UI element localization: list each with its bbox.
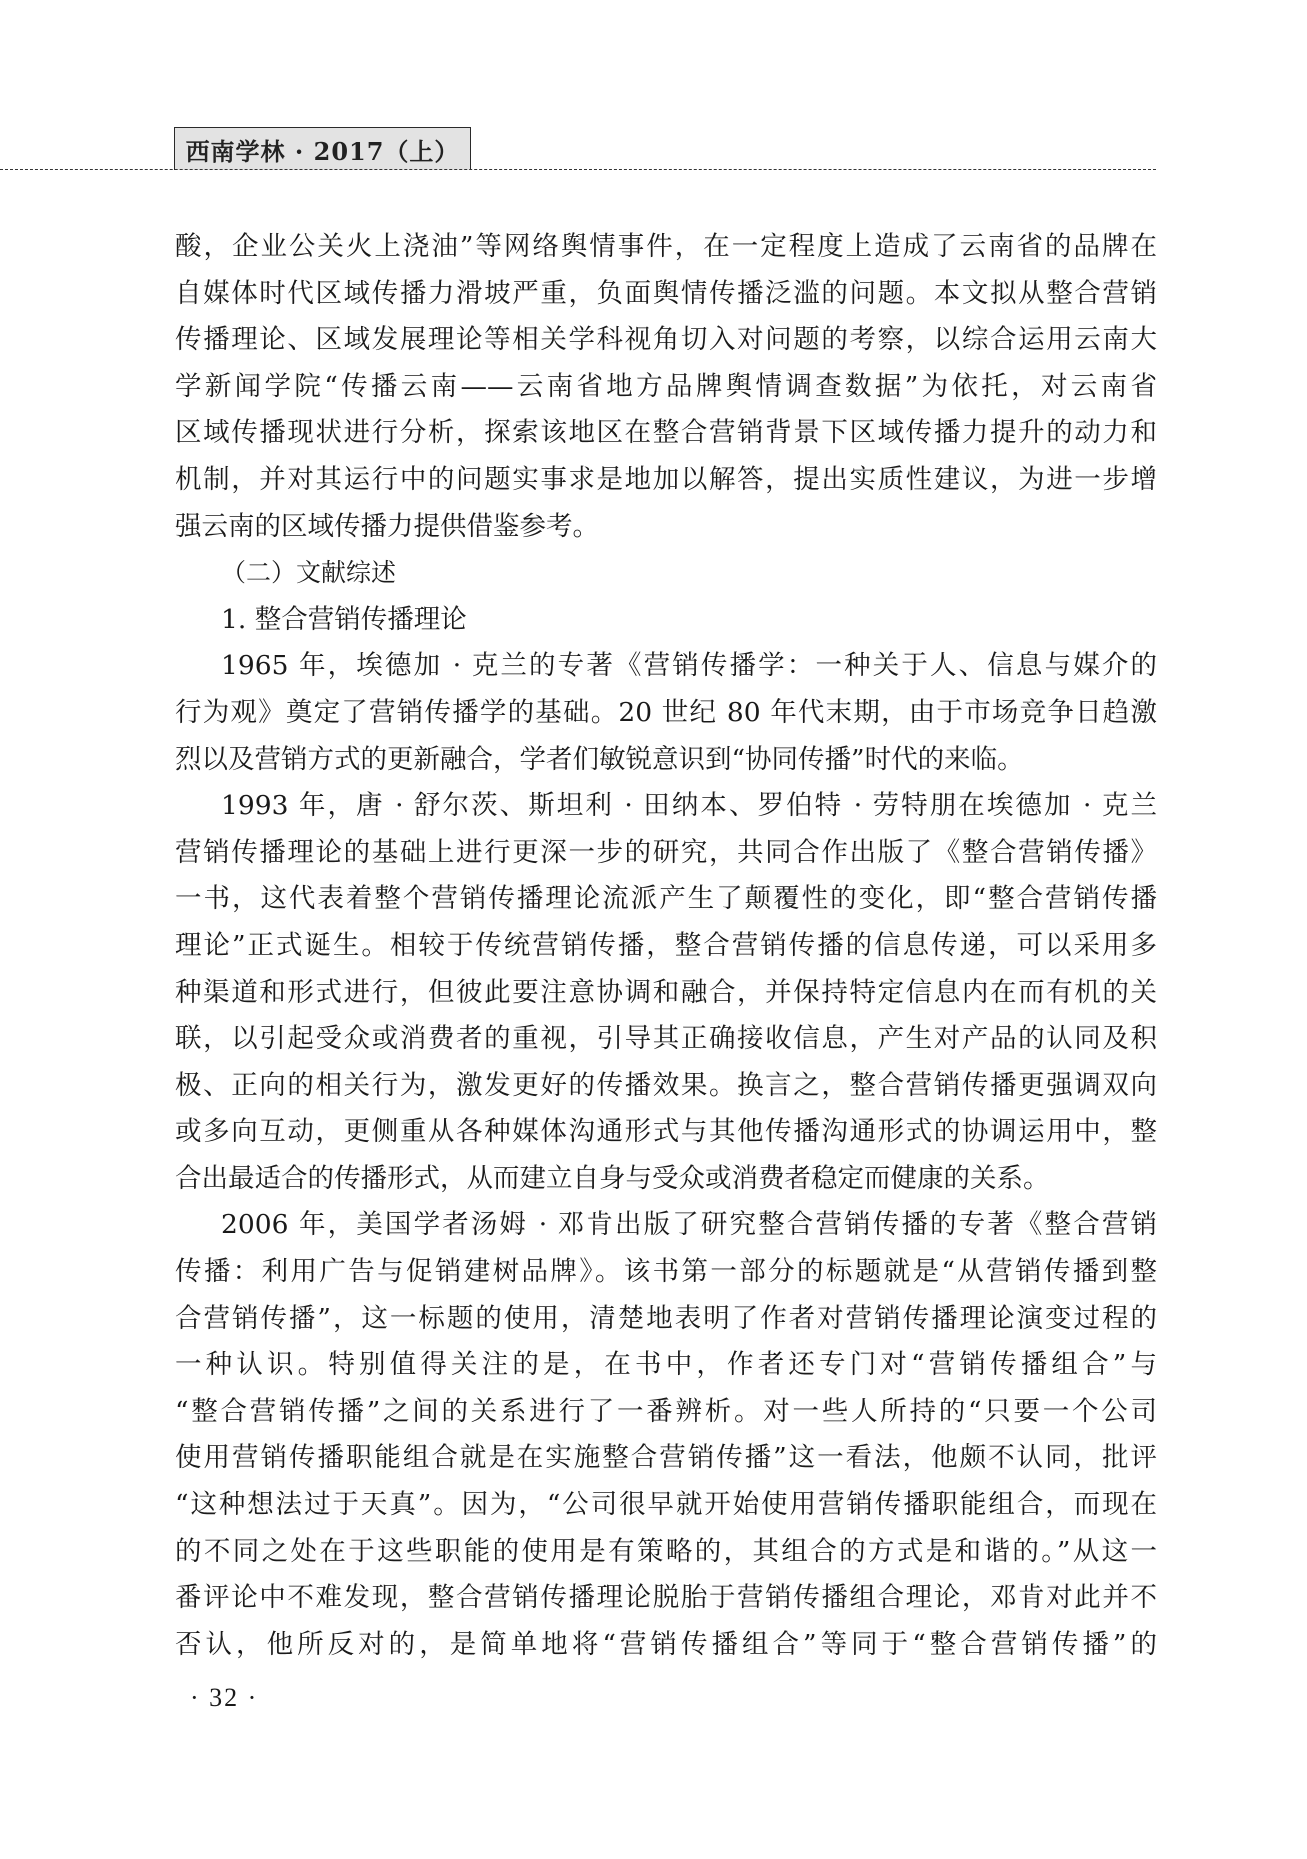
text-line: 使用营销传播职能组合就是在实施整合营销传播”这一看法，他颇不认同，批评: [175, 1435, 1157, 1482]
text-line: 极、正向的相关行为，激发更好的传播效果。换言之，整合营销传播更强调双向: [175, 1063, 1157, 1110]
text-line: 机制，并对其运行中的问题实事求是地加以解答，提出实质性建议，为进一步增: [175, 457, 1157, 504]
text-line: 一种认识。特别值得关注的是，在书中，作者还专门对“营销传播组合”与: [175, 1342, 1157, 1389]
paragraph-first-line: 1993 年，唐 · 舒尔茨、斯坦利 · 田纳本、罗伯特 · 劳特朋在埃德加 ·…: [175, 783, 1157, 830]
text-line: “整合营销传播”之间的关系进行了一番辨析。对一些人所持的“只要一个公司: [175, 1389, 1157, 1436]
text-line: 或多向互动，更侧重从各种媒体沟通形式与其他传播沟通形式的协调运用中，整: [175, 1109, 1157, 1156]
text-line: 理论”正式诞生。相较于传统营销传播，整合营销传播的信息传递，可以采用多: [175, 923, 1157, 970]
text-line: 合营销传播”，这一标题的使用，清楚地表明了作者对营销传播理论演变过程的: [175, 1296, 1157, 1343]
text-line: 自媒体时代区域传播力滑坡严重，负面舆情传播泛滥的问题。本文拟从整合营销: [175, 271, 1157, 318]
text-line: 学新闻学院“传播云南——云南省地方品牌舆情调查数据”为依托，对云南省: [175, 364, 1157, 411]
text-line: 否认，他所反对的，是简单地将“营销传播组合”等同于“整合营销传播”的: [175, 1622, 1157, 1669]
text-line: 传播理论、区域发展理论等相关学科视角切入对问题的考察，以综合运用云南大: [175, 317, 1157, 364]
text-line: 区域传播现状进行分析，探索该地区在整合营销背景下区域传播力提升的动力和: [175, 410, 1157, 457]
paragraph-first-line: 1965 年，埃德加 · 克兰的专著《营销传播学：一种关于人、信息与媒介的: [175, 643, 1157, 690]
text-line: 烈以及营销方式的更新融合，学者们敏锐意识到“协同传播”时代的来临。: [175, 737, 1157, 784]
text-line: 酸，企业公关火上浇油”等网络舆情事件，在一定程度上造成了云南省的品牌在: [175, 224, 1157, 271]
text-line: 联，以引起受众或消费者的重视，引导其正确接收信息，产生对产品的认同及积: [175, 1016, 1157, 1063]
text-line: 种渠道和形式进行，但彼此要注意协调和融合，并保持特定信息内在而有机的关: [175, 970, 1157, 1017]
article-body: 酸，企业公关火上浇油”等网络舆情事件，在一定程度上造成了云南省的品牌在自媒体时代…: [175, 224, 1157, 1668]
text-line: 传播：利用广告与促销建树品牌》。该书第一部分的标题就是“从营销传播到整: [175, 1249, 1157, 1296]
subsection-heading: 1. 整合营销传播理论: [175, 597, 1157, 644]
text-line: 强云南的区域传播力提供借鉴参考。: [175, 504, 1157, 551]
journal-title: 西南学林 · 2017（上）: [186, 132, 460, 167]
text-line: 合出最适合的传播形式，从而建立自身与受众或消费者稳定而健康的关系。: [175, 1156, 1157, 1203]
text-line: 的不同之处在于这些职能的使用是有策略的，其组合的方式是和谐的。”从这一: [175, 1529, 1157, 1576]
text-line: “这种想法过于天真”。因为，“公司很早就开始使用营销传播职能组合，而现在: [175, 1482, 1157, 1529]
text-line: 营销传播理论的基础上进行更深一步的研究，共同合作出版了《整合营销传播》: [175, 830, 1157, 877]
journal-title-box: 西南学林 · 2017（上）: [174, 127, 471, 170]
text-line: 行为观》奠定了营销传播学的基础。20 世纪 80 年代末期，由于市场竞争日趋激: [175, 690, 1157, 737]
text-line: 番评论中不难发现，整合营销传播理论脱胎于营销传播组合理论，邓肯对此并不: [175, 1575, 1157, 1622]
dashed-header-rule: [0, 169, 1156, 170]
paragraph-first-line: 2006 年，美国学者汤姆 · 邓肯出版了研究整合营销传播的专著《整合营销: [175, 1202, 1157, 1249]
text-line: 一书，这代表着整个营销传播理论流派产生了颠覆性的变化，即“整合营销传播: [175, 876, 1157, 923]
page-number: · 32 ·: [190, 1683, 258, 1713]
section-heading: （二）文献综述: [175, 550, 1157, 597]
